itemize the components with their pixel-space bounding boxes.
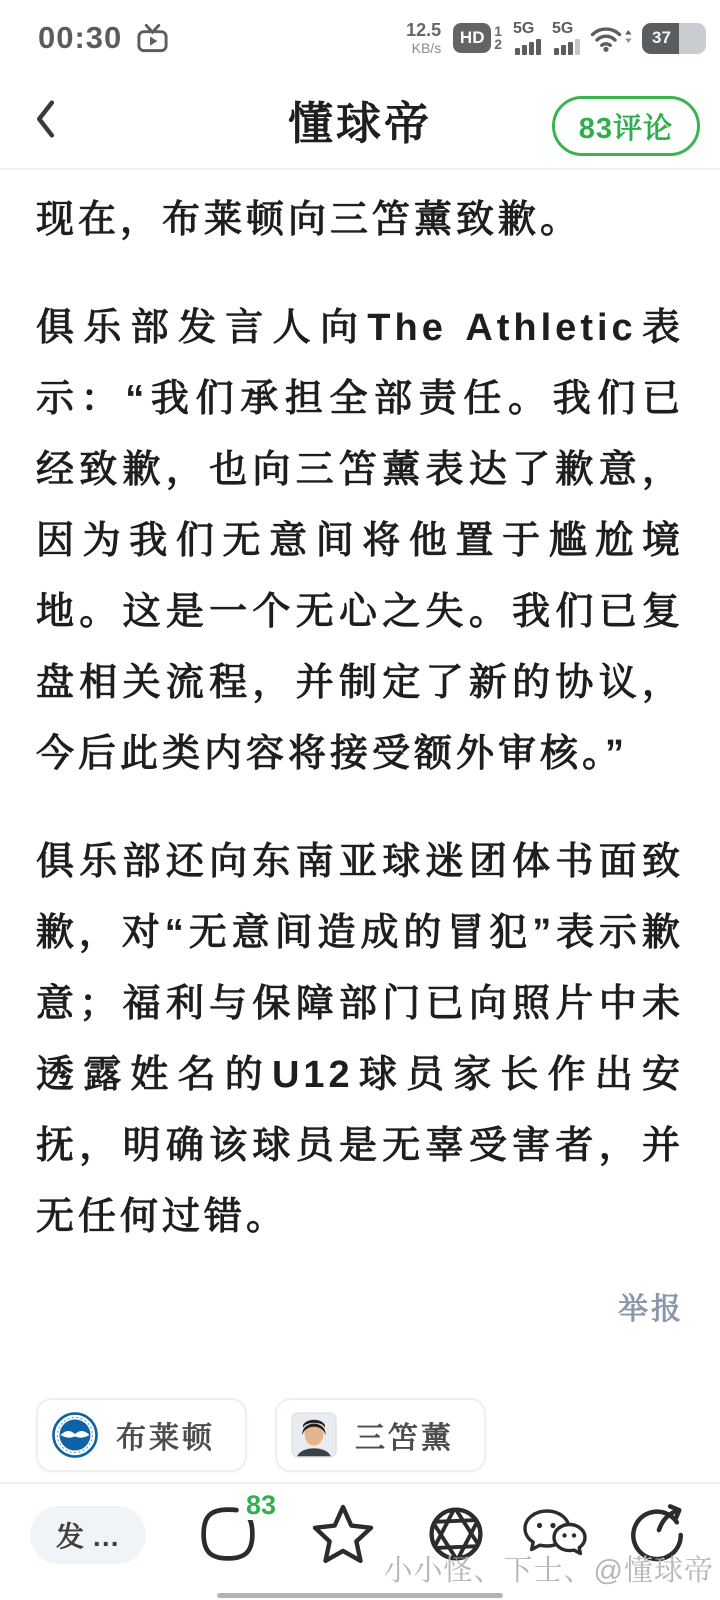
screen-record-tv-icon bbox=[136, 23, 169, 53]
tag-label: 三笘薰 bbox=[355, 1413, 454, 1457]
network-speed: 12.5 KB/s bbox=[406, 21, 441, 55]
signal-sim1: 5G bbox=[512, 21, 541, 55]
battery-icon: 37 bbox=[642, 23, 706, 54]
brighton-club-badge-icon bbox=[52, 1412, 98, 1458]
nav-bar: 懂球帝 83评论 bbox=[0, 70, 720, 170]
hd-volte-indicator: HD 1 2 bbox=[453, 23, 502, 53]
signal-bars-icon bbox=[515, 39, 541, 55]
tag-label: 布莱顿 bbox=[116, 1413, 215, 1457]
wifi-icon bbox=[590, 23, 632, 53]
related-tags: 布莱顿 三笘薰 bbox=[36, 1398, 486, 1472]
tag-chip-mitoma[interactable]: 三笘薰 bbox=[275, 1398, 486, 1472]
favorite-star-icon[interactable] bbox=[310, 1502, 376, 1566]
report-link[interactable]: 举报 bbox=[618, 1284, 684, 1328]
bottom-toolbar: 发 … 83 bbox=[0, 1482, 720, 1600]
article-paragraph: 俱乐部发言人向The Athletic表示：“我们承担全部责任。我们已经致歉，也… bbox=[36, 293, 684, 790]
article-body: 现在，布莱顿向三笘薰致歉。 俱乐部发言人向The Athletic表示：“我们承… bbox=[0, 170, 720, 1290]
signal-sim2: 5G bbox=[551, 21, 580, 55]
clock: 00:30 bbox=[38, 20, 122, 56]
tag-chip-brighton[interactable]: 布莱顿 bbox=[36, 1398, 247, 1472]
comment-input[interactable]: 发 … bbox=[30, 1506, 146, 1564]
status-bar: 00:30 12.5 KB/s HD 1 2 5G bbox=[0, 0, 720, 70]
home-indicator-bar[interactable] bbox=[217, 1593, 503, 1598]
app-screen: 00:30 12.5 KB/s HD 1 2 5G bbox=[0, 0, 720, 1600]
status-icons: 12.5 KB/s HD 1 2 5G 5G bbox=[406, 21, 706, 55]
signal-bars-icon bbox=[554, 39, 580, 55]
article-paragraph: 俱乐部还向东南亚球迷团体书面致歉，对“无意间造成的冒犯”表示歉意；福利与保障部门… bbox=[36, 827, 684, 1253]
player-avatar bbox=[291, 1412, 337, 1458]
article-paragraph: 现在，布莱顿向三笘薰致歉。 bbox=[36, 185, 684, 256]
comments-count-button[interactable]: 83评论 bbox=[552, 96, 700, 156]
dual-sim-indicator: 1 2 bbox=[494, 25, 502, 51]
comment-count-badge: 83 bbox=[244, 1490, 278, 1520]
author-watermark: 小小怪、下士、@懂球帝 bbox=[384, 1548, 714, 1589]
hd-badge-icon: HD bbox=[453, 23, 491, 53]
